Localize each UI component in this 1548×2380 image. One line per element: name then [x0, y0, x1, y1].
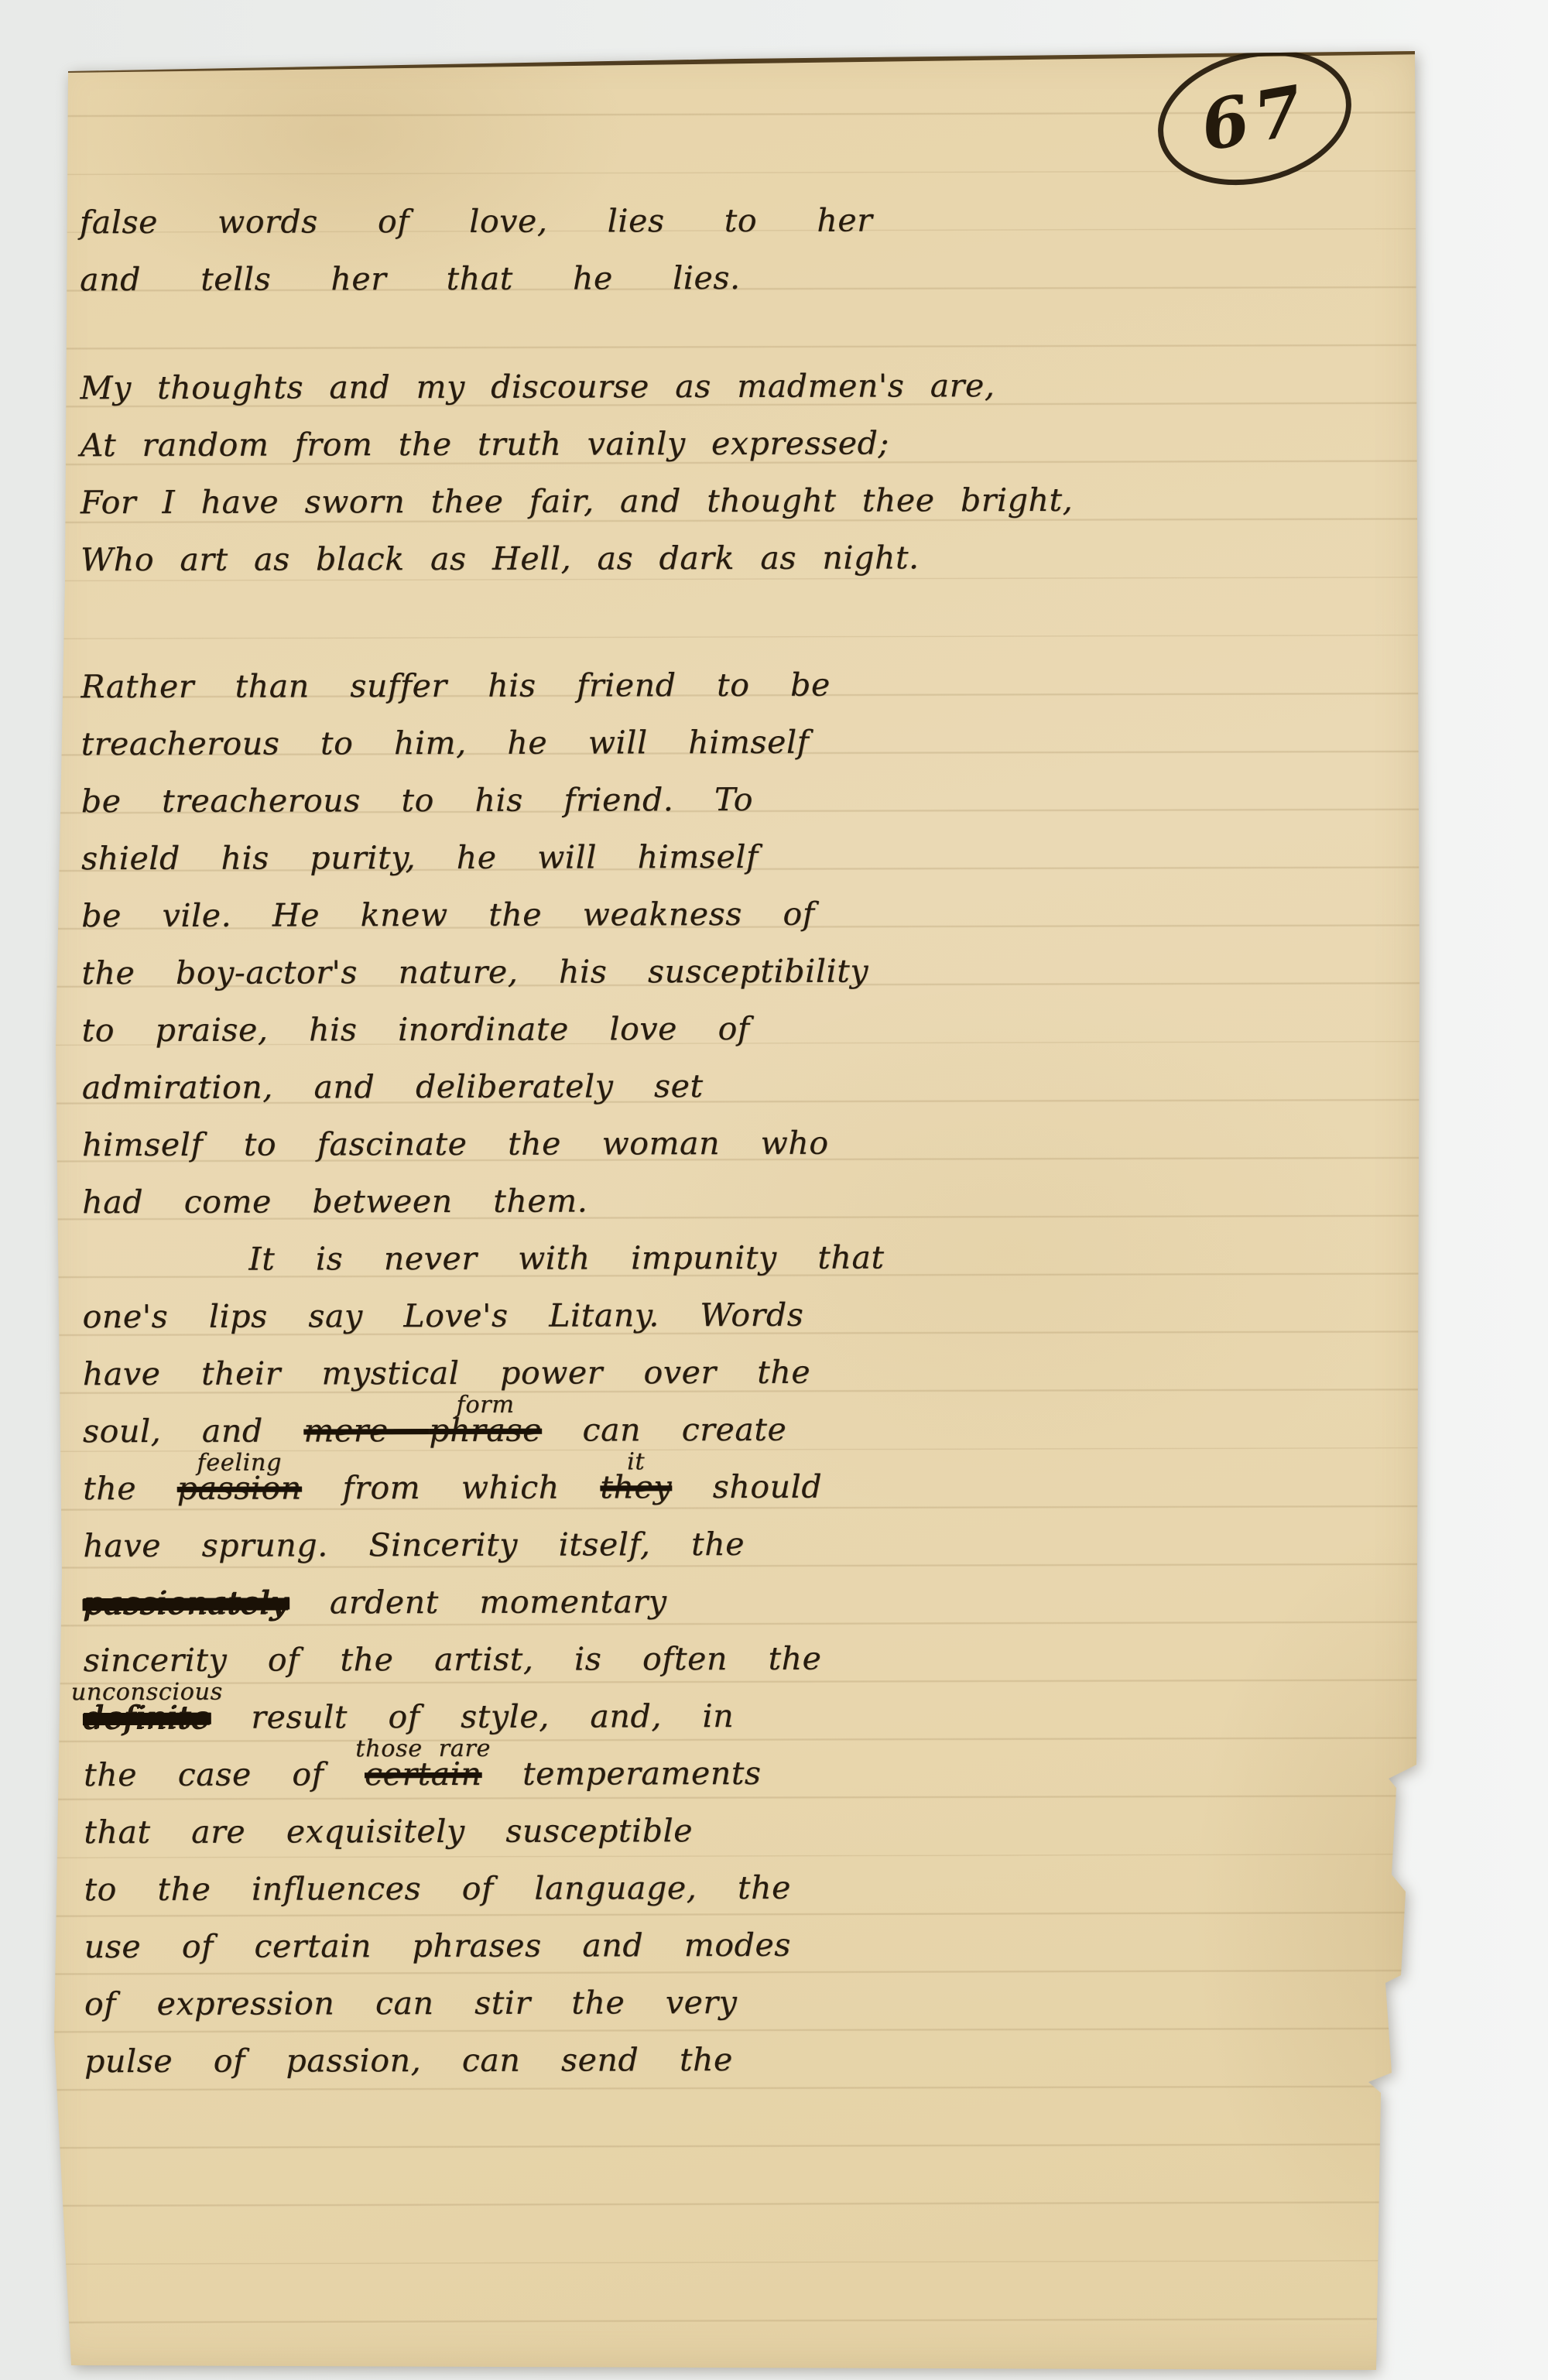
text-segment: the case of	[84, 1755, 365, 1793]
manuscript-line: shield his purity, he will himself	[81, 827, 1374, 887]
manuscript-line: For I have sworn thee fair, and thought …	[80, 471, 1373, 531]
text-segment: use of certain phrases and modes	[84, 1926, 791, 1965]
paper-sheet: 67 false words of love, lies to herand t…	[39, 40, 1424, 2373]
text-segment: My thoughts and my discourse as madmen's…	[80, 367, 995, 406]
text-segment: of expression can stir the very	[84, 1984, 738, 2022]
text-segment: At random from the truth vainly expresse…	[80, 424, 889, 464]
text-segment: the boy-actor's nature, his susceptibili…	[81, 953, 868, 992]
manuscript-line: admiration, and deliberately set	[82, 1056, 1375, 1116]
text-segment: and tells her that he lies.	[80, 259, 741, 298]
manuscript-line: the feelingpassion from which itthey sho…	[83, 1457, 1375, 1517]
text-segment: have their mystical power over the	[83, 1354, 811, 1392]
struck-text: mere	[303, 1412, 429, 1449]
text-segment: should	[672, 1468, 822, 1506]
revision: those rarecertain	[365, 1745, 482, 1803]
text-segment: himself to fascinate the woman who	[82, 1125, 829, 1164]
revision: itthey	[600, 1458, 672, 1515]
text-segment: result of style, and, in	[211, 1697, 735, 1736]
manuscript-line: be vile. He knew the weakness of	[81, 884, 1374, 944]
inserted-text: feeling	[197, 1452, 282, 1476]
manuscript-line: the boy-actor's nature, his susceptibili…	[81, 941, 1374, 1002]
revision: formphrase	[429, 1402, 542, 1459]
manuscript-line: have sprung. Sincerity itself, the	[83, 1514, 1375, 1574]
text-segment: one's lips say Love's Litany. Words	[83, 1296, 804, 1335]
manuscript-line: to praise, his inordinate love of	[82, 998, 1375, 1059]
manuscript-line: At random from the truth vainly expresse…	[80, 413, 1373, 474]
manuscript-line: Who art as black as Hell, as dark as nig…	[80, 528, 1373, 588]
text-segment: For I have sworn thee fair, and thought …	[80, 481, 1074, 521]
text-segment: sincerity of the artist, is often the	[84, 1640, 822, 1679]
text-segment: Who art as black as Hell, as dark as nig…	[80, 539, 920, 578]
text-segment: to praise, his inordinate love of	[82, 1010, 750, 1049]
page-number: 67	[1195, 69, 1314, 166]
text-segment: the	[83, 1470, 177, 1507]
revision: feelingpassion	[177, 1459, 302, 1516]
manuscript-line: had come between them.	[82, 1170, 1375, 1231]
text-segment: Rather than suffer his friend to be	[80, 666, 830, 706]
inserted-text: unconscious	[71, 1681, 223, 1705]
manuscript-line: himself to fascinate the woman who	[82, 1113, 1375, 1173]
text-segment: had come between them.	[82, 1182, 587, 1221]
manuscript-line: the case of those rarecertain temperamen…	[84, 1743, 1376, 1803]
text-segment: to the influences of language, the	[84, 1869, 790, 1908]
text-segment: be vile. He knew the weakness of	[81, 895, 814, 934]
manuscript-line: have their mystical power over the	[83, 1342, 1375, 1402]
text-segment: admiration, and deliberately set	[82, 1067, 704, 1106]
manuscript-line: to the influences of language, the	[84, 1858, 1376, 1918]
manuscript-line: false words of love, lies to her	[80, 190, 1372, 251]
revision: unconsciousdefinite	[84, 1689, 211, 1746]
manuscript-line: that are exquisitely susceptible	[84, 1800, 1376, 1861]
manuscript-line: use of certain phrases and modes	[84, 1915, 1377, 1975]
text-segment: be treacherous to his friend. To	[81, 781, 753, 820]
manuscript-line: of expression can stir the very	[84, 1972, 1377, 2032]
text-segment: temperaments	[481, 1755, 761, 1793]
manuscript-text: false words of love, lies to herand tell…	[80, 190, 1377, 2090]
text-segment: treacherous to him, he will himself	[81, 724, 810, 762]
text-block-opening-fragment: false words of love, lies to herand tell…	[80, 190, 1372, 308]
inserted-text: form	[456, 1394, 514, 1418]
manuscript-line: Rather than suffer his friend to be	[80, 655, 1373, 715]
manuscript-line: passionately ardent momentary	[83, 1571, 1375, 1632]
text-segment: It is never with impunity that	[248, 1238, 884, 1277]
manuscript-line: sincerity of the artist, is often the	[84, 1628, 1376, 1689]
manuscript-line: unconsciousdefinite result of style, and…	[84, 1686, 1376, 1746]
manuscript-line: and tells her that he lies.	[80, 248, 1372, 308]
manuscript-line: one's lips say Love's Litany. Words	[82, 1285, 1375, 1345]
text-segment: false words of love, lies to her	[80, 202, 873, 241]
manuscript-line: treacherous to him, he will himself	[81, 712, 1374, 772]
manuscript-page: 67 false words of love, lies to herand t…	[39, 40, 1424, 2373]
manuscript-line: pulse of passion, can send the	[84, 2029, 1377, 2090]
inserted-text: it	[627, 1451, 645, 1474]
text-segment: shield his purity, he will himself	[81, 838, 759, 877]
text-segment: ardent momentary	[289, 1583, 667, 1621]
manuscript-line: be treacherous to his friend. To	[81, 769, 1374, 830]
text-segment: can create	[542, 1411, 787, 1449]
manuscript-line: My thoughts and my discourse as madmen's…	[80, 356, 1372, 416]
text-block-sonnet-quotation: My thoughts and my discourse as madmen's…	[80, 356, 1373, 588]
scan-background: { "page": { "page_number": "67", "colors…	[0, 0, 1548, 2380]
struck-text: passionately	[84, 1584, 289, 1621]
text-segment: soul, and	[83, 1412, 303, 1450]
text-segment: from which	[302, 1468, 601, 1506]
manuscript-line: It is never with impunity that	[82, 1228, 1375, 1288]
text-segment: pulse of passion, can send the	[84, 2041, 733, 2080]
text-block-prose-passage: Rather than suffer his friend to betreac…	[80, 655, 1377, 2090]
text-segment: that are exquisitely susceptible	[84, 1812, 693, 1851]
text-segment: have sprung. Sincerity itself, the	[83, 1526, 745, 1564]
page-number-badge: 67	[1143, 40, 1365, 204]
inserted-text: those rare	[355, 1738, 491, 1762]
